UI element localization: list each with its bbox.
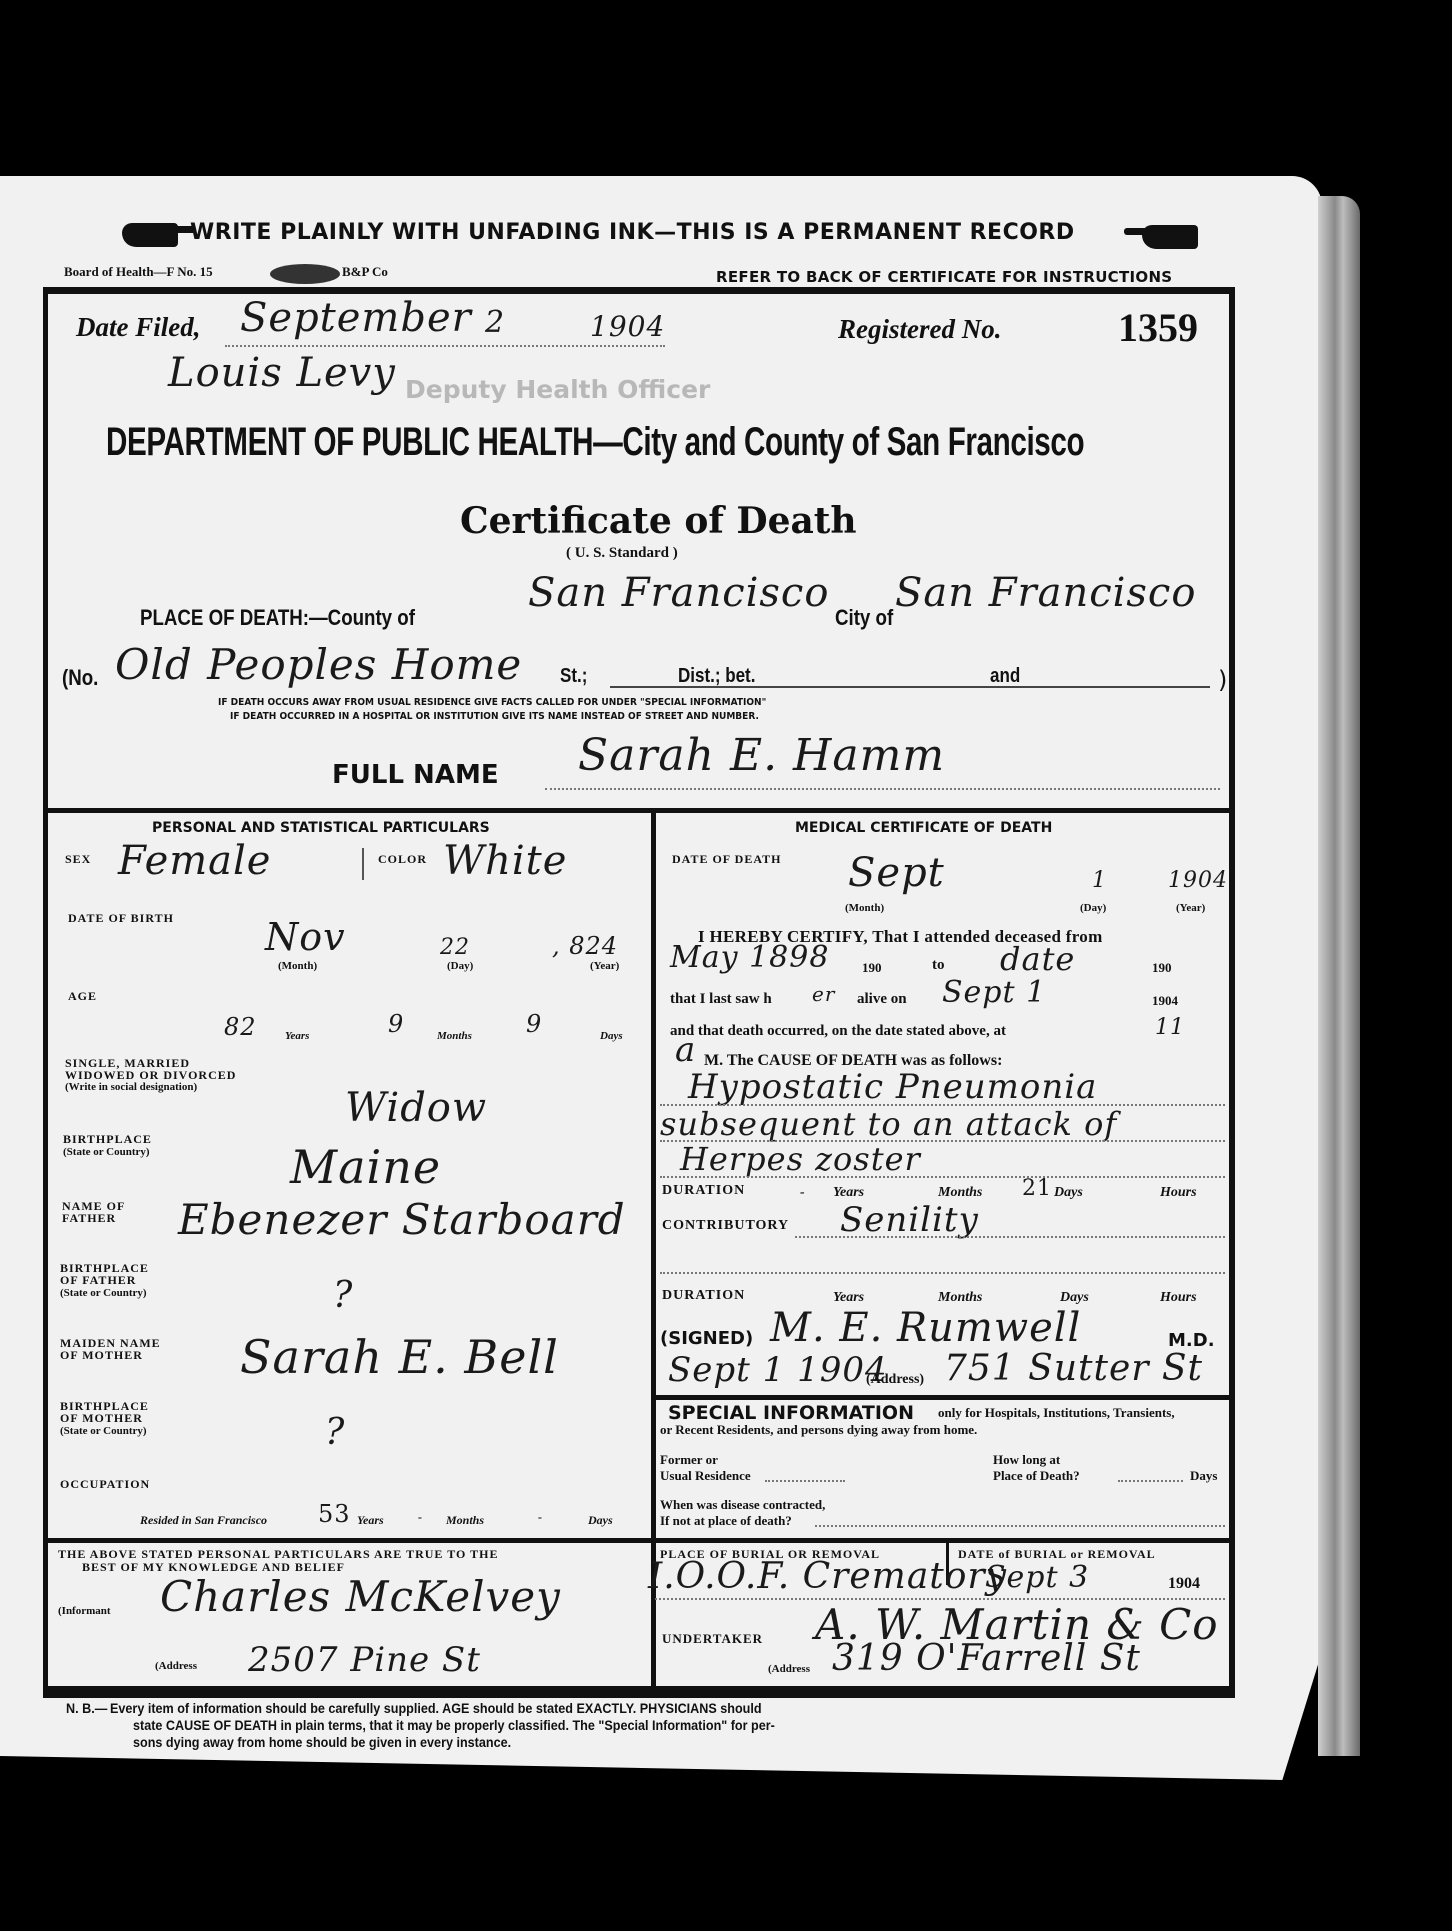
- dod-year[interactable]: 1904: [1168, 868, 1228, 893]
- physician-signature[interactable]: M. E. Rumwell: [770, 1305, 1081, 1351]
- from-year-suffix: 190: [862, 960, 882, 976]
- father-bp-label-2: OF FATHER: [60, 1274, 136, 1286]
- officer-signature: Louis Levy: [168, 350, 396, 396]
- nb-line-2: state CAUSE OF DEATH in plain terms, tha…: [133, 1717, 775, 1733]
- resided-years-label: Years: [357, 1513, 384, 1528]
- occurred-text: and that death occurred, on the date sta…: [670, 1023, 1006, 1040]
- resided-days-label: Days: [588, 1513, 613, 1528]
- section-divider: [43, 808, 1235, 813]
- full-name-label: FULL NAME: [332, 760, 499, 790]
- city-value[interactable]: San Francisco: [895, 570, 1196, 616]
- last-saw-date[interactable]: Sept 1: [942, 975, 1046, 1010]
- resided-years[interactable]: 53: [318, 1500, 351, 1528]
- duration2-label: DURATION: [662, 1290, 745, 1302]
- contributory-label: CONTRIBUTORY: [662, 1220, 789, 1232]
- resided-months[interactable]: -: [418, 1510, 422, 1525]
- registered-label: Registered No.: [838, 314, 1001, 345]
- dob-year-caption: (Year): [590, 960, 619, 972]
- attended-to[interactable]: date: [1000, 940, 1075, 978]
- mother-value[interactable]: Sarah E. Bell: [240, 1330, 559, 1384]
- undertaker-label: UNDERTAKER: [662, 1633, 763, 1645]
- age-days[interactable]: 9: [526, 1010, 542, 1038]
- howlong-label-2: Place of Death?: [993, 1468, 1080, 1484]
- howlong-days-label: Days: [1190, 1468, 1217, 1484]
- marital-label-3: (Write in social designation): [65, 1081, 197, 1093]
- death-time[interactable]: 11: [1155, 1015, 1185, 1040]
- contracted-label-2: If not at place of death?: [660, 1513, 792, 1529]
- alive-on-label: alive on: [857, 991, 907, 1008]
- place-of-death-label: PLACE OF DEATH:—County of: [140, 605, 415, 631]
- special-heading-note: only for Hospitals, Institutions, Transi…: [938, 1405, 1175, 1421]
- residence-note-1: IF DEATH OCCURS AWAY FROM USUAL RESIDENC…: [218, 697, 766, 708]
- dob-year[interactable]: , 824: [552, 932, 618, 960]
- signed-date[interactable]: Sept 1 1904: [668, 1350, 888, 1390]
- date-filed-month[interactable]: September: [240, 295, 472, 341]
- residence-note-2: IF DEATH OCCURRED IN A HOSPITAL OR INSTI…: [230, 711, 759, 722]
- county-value[interactable]: San Francisco: [528, 570, 829, 616]
- signed-label: (SIGNED): [660, 1328, 753, 1349]
- dist-label: Dist.; bet.: [678, 665, 755, 688]
- refer-instructions: REFER TO BACK OF CERTIFICATE FOR INSTRUC…: [716, 268, 1172, 286]
- months2-label: Months: [938, 1290, 982, 1306]
- days-label: Days: [1054, 1185, 1083, 1201]
- mother-label-2: OF MOTHER: [60, 1349, 143, 1361]
- printer-name: B&P Co: [342, 264, 388, 280]
- father-bp-label-3: (State or Country): [60, 1287, 147, 1299]
- howlong-line: [1118, 1480, 1183, 1482]
- to-label: to: [932, 957, 945, 974]
- birthplace-value[interactable]: Maine: [290, 1140, 441, 1194]
- special-heading: SPECIAL INFORMATION: [668, 1402, 914, 1424]
- former-line: [765, 1480, 845, 1482]
- occupation-label: OCCUPATION: [60, 1478, 150, 1490]
- resided-months-label: Months: [446, 1513, 484, 1528]
- contracted-line: [815, 1525, 1225, 1527]
- birthplace-label-2: (State or Country): [63, 1146, 150, 1158]
- certificate-title: Certificate of Death: [460, 500, 857, 542]
- years2-label: Years: [833, 1290, 864, 1306]
- former-label-2: Usual Residence: [660, 1468, 751, 1484]
- dob-day[interactable]: 22: [440, 935, 470, 960]
- dob-day-caption: (Day): [447, 960, 473, 972]
- printer-seal-icon: [270, 264, 340, 284]
- age-months[interactable]: 9: [388, 1010, 404, 1038]
- hours2-label: Hours: [1160, 1290, 1197, 1306]
- days2-label: Days: [1060, 1290, 1089, 1306]
- duration-years[interactable]: -: [800, 1185, 805, 1201]
- special-divider: [655, 1395, 1233, 1400]
- undertaker-address[interactable]: 319 O'Farrell St: [832, 1638, 1141, 1679]
- city-label: City of: [835, 605, 893, 631]
- dob-label: DATE OF BIRTH: [68, 912, 174, 924]
- street-no-label: (No.: [62, 665, 98, 691]
- last-saw-pronoun[interactable]: er: [812, 982, 835, 1006]
- resided-label: Resided in San Francisco: [140, 1513, 267, 1528]
- cause-line-3[interactable]: Herpes zoster: [680, 1140, 921, 1178]
- officer-title-stamp: Deputy Health Officer: [405, 375, 710, 404]
- age-label: AGE: [68, 990, 97, 1002]
- informant-address-label: (Address: [155, 1660, 197, 1672]
- date-filed-label: Date Filed,: [76, 312, 200, 343]
- dod-day-caption: (Day): [1080, 902, 1106, 914]
- date-filed-line: [225, 345, 665, 347]
- dist-line: [610, 686, 1210, 688]
- years-label: Years: [833, 1185, 864, 1201]
- frame-bottom: [43, 1686, 1235, 1698]
- and-label: and: [990, 665, 1020, 688]
- nb-label: N. B.—: [66, 1700, 107, 1716]
- dod-year-caption: (Year): [1176, 902, 1205, 914]
- father-value[interactable]: Ebenezer Starboard: [178, 1195, 626, 1244]
- father-label-2: FATHER: [62, 1212, 116, 1224]
- informant-label: (Informant: [58, 1605, 111, 1617]
- contributory-value[interactable]: Senility: [840, 1200, 979, 1240]
- frame-top: [43, 287, 1235, 294]
- duration-label: DURATION: [662, 1185, 745, 1197]
- dob-month[interactable]: Nov: [265, 915, 346, 959]
- special-heading-line-2: or Recent Residents, and persons dying a…: [660, 1422, 977, 1438]
- hours-label: Hours: [1160, 1185, 1197, 1201]
- physician-address-label: (Address): [866, 1372, 924, 1388]
- burial-divider: [655, 1538, 1233, 1543]
- marital-value[interactable]: Widow: [345, 1085, 487, 1131]
- personal-heading: PERSONAL AND STATISTICAL PARTICULARS: [152, 820, 490, 836]
- cause-line-rule-2: [660, 1140, 1225, 1142]
- informant-statement-1: THE ABOVE STATED PERSONAL PARTICULARS AR…: [58, 1548, 498, 1560]
- contracted-label-1: When was disease contracted,: [660, 1497, 825, 1513]
- frame-left: [43, 287, 48, 1692]
- registered-number[interactable]: 1359: [1118, 304, 1198, 351]
- last-saw-year[interactable]: 1904: [1152, 993, 1178, 1009]
- burial-place[interactable]: I.O.O.F. Crematory: [648, 1556, 1007, 1597]
- banner-text: WRITE PLAINLY WITH UNFADING INK—THIS IS …: [190, 220, 1075, 245]
- howlong-label-1: How long at: [993, 1452, 1060, 1468]
- mother-bp-value[interactable]: ?: [325, 1412, 345, 1453]
- full-name-line: [545, 788, 1220, 790]
- contributory-line-2: [660, 1272, 1225, 1274]
- location-value[interactable]: Old Peoples Home: [115, 640, 522, 689]
- age-months-label: Months: [437, 1030, 472, 1042]
- form-id: Board of Health—F No. 15: [64, 264, 213, 280]
- us-standard: ( U. S. Standard ): [566, 545, 678, 562]
- cause-line-rule-3: [660, 1176, 1225, 1178]
- death-meridiem[interactable]: a: [675, 1030, 696, 1070]
- marital-label-2: WIDOWED OR DIVORCED: [65, 1069, 236, 1081]
- pointing-hand-icon: [1142, 225, 1198, 249]
- attended-from[interactable]: May 1898: [670, 940, 829, 975]
- nb-line-1: Every item of information should be care…: [110, 1700, 762, 1716]
- informant-name[interactable]: Charles McKelvey: [160, 1572, 561, 1621]
- pointing-hand-icon: [122, 223, 178, 247]
- sex-value[interactable]: Female: [118, 838, 271, 884]
- physician-address[interactable]: 751 Sutter St: [944, 1348, 1203, 1389]
- color-value[interactable]: White: [443, 838, 567, 884]
- close-paren: ): [1218, 666, 1227, 694]
- age-years-label: Years: [285, 1030, 309, 1042]
- informant-address[interactable]: 2507 Pine St: [248, 1640, 481, 1680]
- dod-day[interactable]: 1: [1092, 868, 1107, 893]
- former-label-1: Former or: [660, 1452, 718, 1468]
- mother-bp-label-2: OF MOTHER: [60, 1412, 143, 1424]
- months-label: Months: [938, 1185, 982, 1201]
- resided-days[interactable]: -: [538, 1510, 542, 1525]
- color-label: COLOR: [378, 853, 427, 865]
- cause-line-2[interactable]: subsequent to an attack of: [660, 1105, 1117, 1143]
- sex-label: SEX: [65, 853, 91, 865]
- cause-line-rule-1: [660, 1104, 1225, 1106]
- age-days-label: Days: [600, 1030, 623, 1042]
- book-spine-edge: [1318, 196, 1360, 1756]
- birthplace-label-1: BIRTHPLACE: [63, 1133, 152, 1145]
- full-name-value[interactable]: Sarah E. Hamm: [578, 730, 945, 781]
- burial-date-label: DATE of BURIAL or REMOVAL: [958, 1548, 1156, 1560]
- mother-bp-label-3: (State or Country): [60, 1425, 147, 1437]
- dob-month-caption: (Month): [278, 960, 317, 972]
- duration-days[interactable]: 21: [1022, 1176, 1052, 1201]
- sex-color-divider: [362, 848, 364, 880]
- cause-line-1[interactable]: Hypostatic Pneumonia: [688, 1067, 1097, 1107]
- burial-date[interactable]: Sept 3: [985, 1560, 1089, 1595]
- last-saw-label: that I last saw h: [670, 991, 772, 1008]
- burial-year[interactable]: 1904: [1168, 1575, 1200, 1593]
- dod-month[interactable]: Sept: [848, 850, 945, 896]
- medical-heading: MEDICAL CERTIFICATE OF DEATH: [795, 820, 1052, 836]
- department-title: DEPARTMENT OF PUBLIC HEALTH—City and Cou…: [106, 420, 1084, 465]
- st-label: St.;: [560, 665, 587, 688]
- dod-label: DATE OF DEATH: [672, 853, 781, 865]
- date-filed-day[interactable]: 2: [485, 305, 505, 340]
- undertaker-address-label: (Address: [768, 1663, 810, 1675]
- contributory-line: [795, 1236, 1225, 1238]
- informant-divider: [43, 1538, 653, 1543]
- date-filed-year[interactable]: 1904: [590, 310, 665, 343]
- age-years[interactable]: 82: [224, 1013, 257, 1041]
- frame-right: [1229, 287, 1235, 1692]
- to-year-suffix: 190: [1152, 960, 1172, 976]
- dod-month-caption: (Month): [845, 902, 884, 914]
- father-bp-value[interactable]: ?: [333, 1275, 353, 1316]
- nb-line-3: sons dying away from home should be give…: [133, 1734, 511, 1750]
